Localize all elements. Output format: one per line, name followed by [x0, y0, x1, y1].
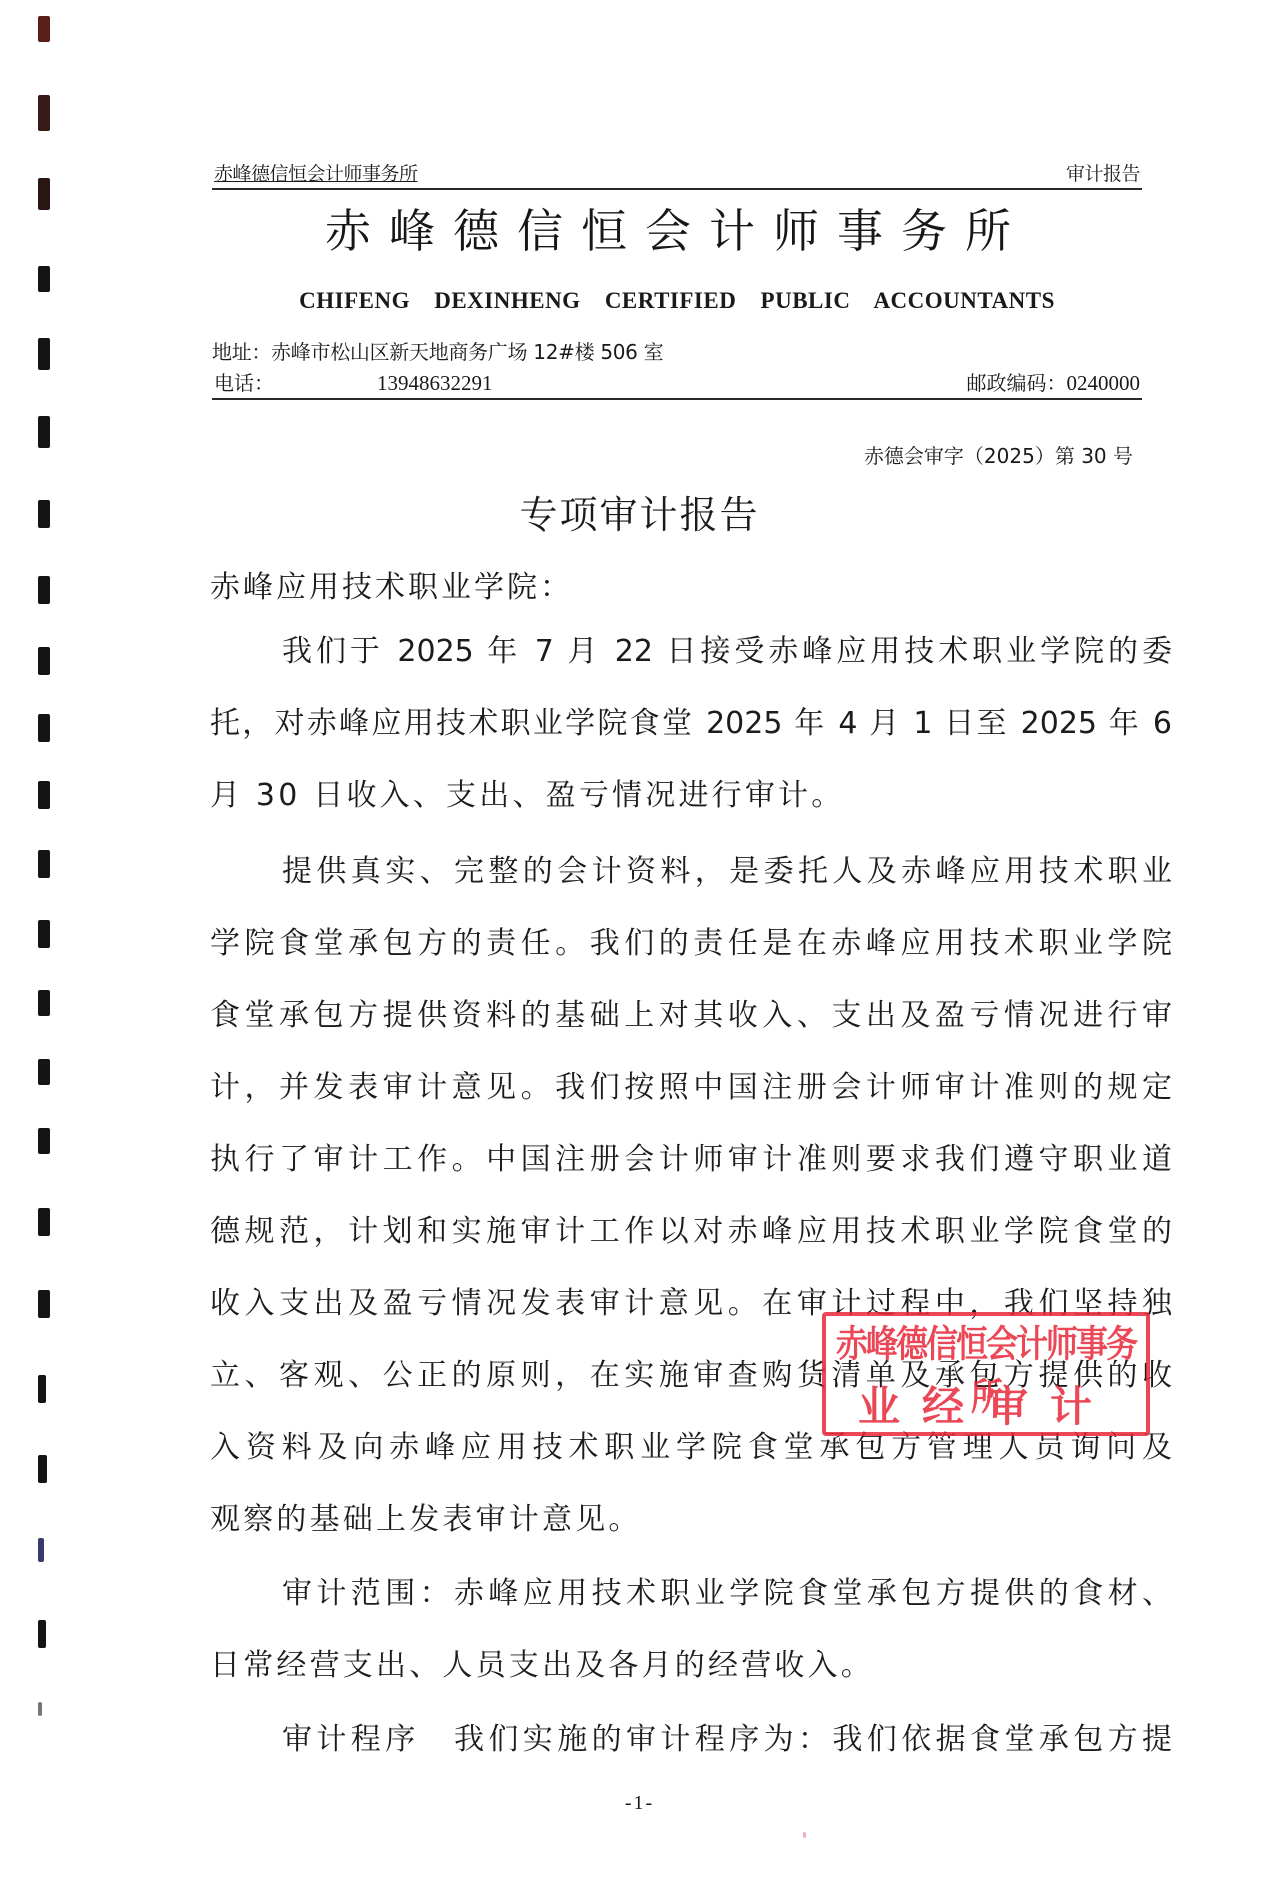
- body-line: 执行了审计工作。中国注册会计师审计准则要求我们遵守职业道: [210, 1140, 1172, 1180]
- body-line: 观察的基础上发表审计意见。: [210, 1500, 1172, 1540]
- binding-mark: [38, 1702, 42, 1716]
- body-line: 日常经营支出、人员支出及各月的经营收入。: [210, 1646, 1172, 1686]
- binding-mark: [38, 338, 50, 370]
- document-number: 赤德会审字（2025）第 30 号: [864, 440, 1133, 469]
- postal-value: 0240000: [1067, 371, 1141, 395]
- postal-label: 邮政编码：: [967, 371, 1067, 395]
- binding-mark: [38, 920, 50, 948]
- address-label: 地址：: [212, 340, 271, 364]
- document-page: 赤峰德信恒会计师事务所 审计报告 赤峰德信恒会计师事务所 CHIFENG DEX…: [0, 0, 1279, 1889]
- letterhead-top-rule: 赤峰德信恒会计师事务所 审计报告: [212, 160, 1142, 190]
- binding-mark: [38, 266, 50, 292]
- binding-mark: [38, 1059, 50, 1085]
- body-line: 食堂承包方提供资料的基础上对其收入、支出及盈亏情况进行审: [210, 996, 1172, 1036]
- letterhead-firm-name-large: 赤峰德信恒会计师事务所: [212, 195, 1142, 261]
- binding-mark: [38, 1455, 47, 1483]
- body-line: 月 30 日收入、支出、盈亏情况进行审计。: [210, 776, 1172, 816]
- audit-seal-stamp: 赤峰德信恒会计师事务所 业经审计: [822, 1312, 1150, 1436]
- binding-mark: [38, 647, 50, 675]
- letterhead-contact-rule: 电话： 13948632291 邮政编码：0240000: [212, 368, 1142, 400]
- letterhead-doc-type: 审计报告: [1066, 159, 1140, 186]
- body-line: 审计范围：赤峰应用技术职业学院食堂承包方提供的食材、: [282, 1574, 1172, 1614]
- body-line: 我们于 2025 年 7 月 22 日接受赤峰应用技术职业学院的委: [282, 632, 1172, 672]
- binding-mark: [38, 1538, 44, 1562]
- body-line: 学院食堂承包方的责任。我们的责任是在赤峰应用技术职业学院: [210, 924, 1172, 964]
- address-value: 赤峰市松山区新天地商务广场 12#楼 506 室: [271, 340, 663, 364]
- page-number: -1-: [0, 1792, 1279, 1815]
- letterhead-firm-name-small: 赤峰德信恒会计师事务所: [214, 159, 418, 186]
- binding-mark: [38, 781, 50, 809]
- binding-mark: [38, 1128, 50, 1154]
- addressee: 赤峰应用技术职业学院：: [210, 562, 573, 606]
- letterhead-firm-name-english: CHIFENG DEXINHENG CERTIFIED PUBLIC ACCOU…: [212, 288, 1142, 314]
- ink-smudge: [803, 1832, 806, 1838]
- binding-mark: [38, 990, 50, 1016]
- postal-code: 邮政编码：0240000: [967, 367, 1141, 396]
- body-line: 托，对赤峰应用技术职业学院食堂 2025 年 4 月 1 日至 2025 年 6: [210, 704, 1172, 744]
- document-title: 专项审计报告: [0, 484, 1279, 539]
- binding-mark: [38, 1208, 50, 1236]
- binding-mark: [38, 850, 50, 878]
- binding-mark: [38, 178, 50, 210]
- binding-mark: [38, 16, 50, 42]
- binding-mark: [38, 95, 50, 131]
- binding-mark: [38, 416, 50, 448]
- binding-mark: [38, 714, 50, 742]
- body-line: 计，并发表审计意见。我们按照中国注册会计师审计准则的规定: [210, 1068, 1172, 1108]
- binding-mark: [38, 1375, 46, 1403]
- binding-mark: [38, 1290, 50, 1318]
- body-line: 德规范，计划和实施审计工作以对赤峰应用技术职业学院食堂的: [210, 1212, 1172, 1252]
- letterhead-address: 地址：赤峰市松山区新天地商务广场 12#楼 506 室: [212, 336, 663, 365]
- binding-mark: [38, 576, 50, 604]
- seal-audited-text: 业经审计: [826, 1374, 1146, 1434]
- body-line: 审计程序 我们实施的审计程序为：我们依据食堂承包方提: [282, 1720, 1172, 1760]
- phone-value: 13948632291: [377, 371, 493, 396]
- body-line: 提供真实、完整的会计资料，是委托人及赤峰应用技术职业: [282, 852, 1172, 892]
- binding-mark: [38, 1620, 46, 1648]
- phone-label: 电话：: [214, 367, 274, 396]
